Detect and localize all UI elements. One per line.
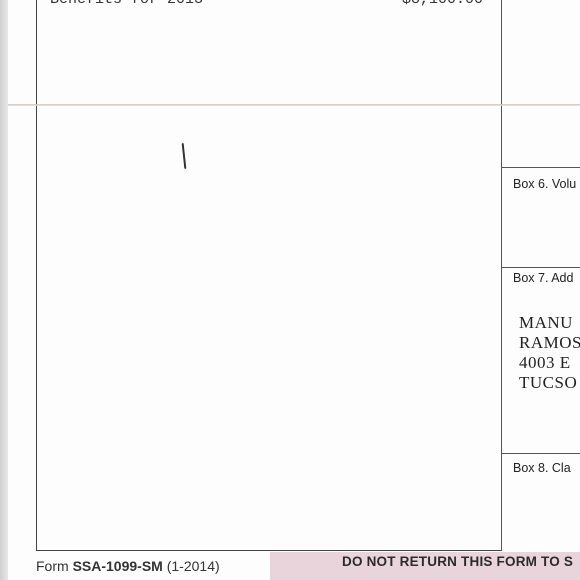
box-8-label: Box 8. Cla (513, 461, 571, 475)
box-8-border (501, 453, 580, 454)
form-number: SSA-1099-SM (73, 558, 163, 574)
benefits-box (36, 0, 502, 551)
box-6-border (501, 167, 580, 168)
box-7-label: Box 7. Add (513, 271, 573, 285)
form-identifier: Form SSA-1099-SM (1-2014) (36, 558, 220, 574)
address-line: TUCSO (519, 373, 580, 393)
form-prefix: Form (36, 558, 69, 574)
benefits-label: Benefits for 2013 (50, 0, 203, 8)
box-6-label: Box 6. Volu (513, 177, 576, 191)
box-7-border (501, 267, 580, 268)
benefits-amount: $8,100.00 (402, 0, 483, 8)
recipient-address: MANU RAMOS 4003 E TUCSO (519, 313, 580, 393)
address-line: MANU (519, 313, 580, 333)
form-revision: (1-2014) (167, 558, 220, 574)
paper-edge-strip (0, 0, 8, 580)
address-line: RAMOS (519, 333, 580, 353)
address-line: 4003 E (519, 353, 580, 373)
fold-crease (8, 104, 580, 106)
banner-text: DO NOT RETURN THIS FORM TO S (342, 554, 573, 569)
do-not-return-banner: DO NOT RETURN THIS FORM TO S (270, 552, 580, 580)
